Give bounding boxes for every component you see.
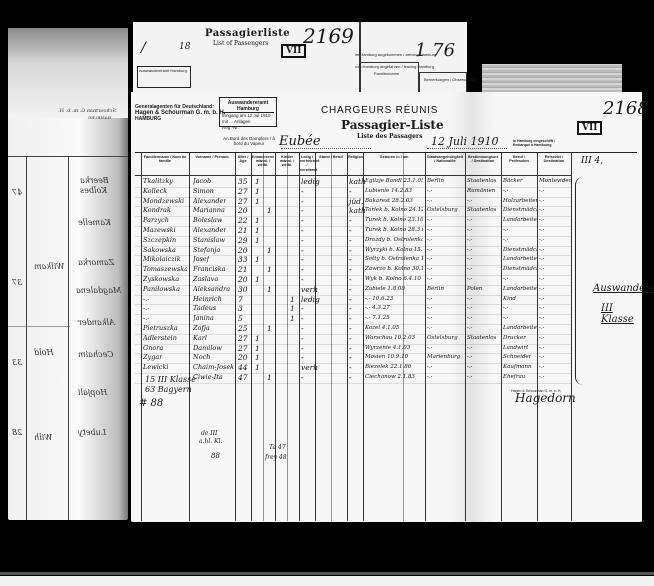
cell-residence: -.-	[427, 197, 432, 206]
cell-surname: Paniłowska	[143, 285, 180, 294]
cell-religion: -	[349, 324, 352, 333]
cell-age: 27	[238, 334, 248, 343]
left-page-hand: Hopjali	[78, 388, 107, 397]
cell-birth: Zabiele 1.8.00	[365, 285, 405, 294]
cell-marital-status: ledig	[301, 177, 320, 186]
cell-birth: Turek b. Kolno 23.10.08	[365, 216, 423, 225]
list-subtitle: Liste des Passagers	[357, 133, 422, 140]
cell-birth: Bukarest 28.2.03	[365, 197, 413, 206]
cell-destination: -.-	[539, 216, 544, 225]
cell-residence: -.-	[427, 226, 432, 235]
cell-religion: -	[349, 265, 352, 274]
cell-profession: Bäcker	[503, 177, 523, 186]
cell-birth: -.- 4.3.27	[365, 304, 390, 313]
cell-given-name: Simon	[193, 187, 214, 196]
cell-adult-male: 1	[255, 236, 260, 245]
previous-stamp: Auswandereramt Hamburg	[137, 66, 191, 88]
cell-nationality: Staatenlos	[467, 177, 496, 186]
left-page-hand: Beerka	[80, 176, 109, 185]
cell-given-name: Heinrich	[193, 295, 222, 304]
cell-residence: -.-	[427, 265, 432, 274]
col-divider	[287, 153, 288, 521]
cell-marital-status: -	[301, 304, 304, 313]
cell-birth: Wyrzenie 4.1.03	[365, 344, 410, 353]
cell-given-name: Damilow	[193, 344, 222, 353]
cell-age: 7	[238, 295, 243, 304]
previous-list-title: Passagierliste	[205, 28, 290, 39]
tally-class: 15 III Klasse	[145, 375, 196, 385]
cell-destination: -.-	[539, 197, 544, 206]
cell-marital-status: ledig	[301, 295, 320, 304]
header-destination: Bestimmungsort / Destination	[467, 155, 499, 163]
cell-age: 22	[238, 216, 248, 225]
cell-given-name: Alexander	[193, 197, 226, 206]
cell-surname: Szczepkin	[143, 236, 176, 245]
cell-nationality: -.-	[467, 226, 472, 235]
passenger-list-sheet: Generalagenten für Deutschland: Hagen & …	[131, 92, 642, 522]
cell-surname: Lewicki	[143, 363, 168, 372]
previous-hand-mark: /	[141, 40, 146, 56]
route-note: In Hamburg eingeschifft / Embarqué à Ham…	[513, 139, 573, 147]
header-rule	[135, 175, 571, 176]
cell-destination: -.-	[539, 187, 544, 196]
cell-adult-male: 1	[255, 275, 260, 284]
cell-profession: -.-	[503, 304, 508, 313]
previous-list-subtitle: List of Passengers	[213, 40, 268, 47]
torn-paper-strip	[482, 64, 622, 92]
cell-given-name: Franciska	[193, 265, 226, 274]
agent-line-3: HAMBURG	[135, 116, 225, 122]
col-divider	[299, 153, 300, 521]
cell-nationality: Staatenlos	[467, 334, 496, 343]
cell-given-name: Aleksandra	[193, 285, 230, 294]
cell-birth: Mosien 10.9.10	[365, 353, 408, 362]
company-name: CHARGEURS RÉUNIS	[321, 105, 438, 116]
cell-adult-female: 1	[267, 373, 272, 382]
stamp-line-3: Reg.-Nr.	[222, 125, 274, 131]
emigration-office-stamp: Auswandereramt Hamburg Eingang am 12 Jul…	[219, 97, 277, 127]
header-marital: Ledig / verheiratet / verwitwet	[300, 155, 314, 172]
cell-profession: Schneider	[503, 353, 531, 362]
col-divider	[465, 153, 466, 521]
cell-adult-male: 1	[255, 187, 260, 196]
left-page-hand: Zamorka	[78, 258, 114, 267]
cell-religion: -	[349, 353, 352, 362]
header-status: Stand / Beruf	[316, 155, 346, 159]
cell-given-name: Noch	[193, 353, 210, 362]
tally-total: # 88	[139, 399, 163, 409]
col-divider	[571, 153, 572, 521]
left-page-col	[26, 156, 27, 520]
cell-destination: -.-	[539, 275, 544, 284]
scan-bottom-strip	[0, 576, 654, 586]
cell-religion: jüd.	[349, 197, 363, 206]
cell-birth: Ciechanow 2.1.83	[365, 373, 415, 382]
cell-marital-status: -	[301, 324, 304, 333]
cell-adult-male: 1	[255, 216, 260, 225]
cell-surname: Tomaszewska	[143, 265, 187, 274]
cell-profession: Ehefrau	[503, 373, 525, 382]
cell-destination: -.-	[539, 373, 544, 382]
cell-child: 1	[290, 314, 295, 323]
cell-age: 3	[238, 304, 243, 313]
col-divider	[235, 153, 236, 521]
tally-note-4: Ta 47	[269, 443, 286, 453]
cell-given-name: Stanislaw	[193, 236, 225, 245]
cell-age: 21	[238, 265, 248, 274]
cell-residence: -.-	[427, 363, 432, 372]
cell-residence: -.-	[427, 275, 432, 284]
cell-age: 20	[238, 275, 248, 284]
cell-nationality: Rumänien	[467, 187, 495, 196]
cell-adult-male: 1	[255, 353, 260, 362]
cell-marital-status: -	[301, 265, 304, 274]
cell-given-name: Ciwie-Ita	[193, 373, 223, 382]
cell-birth: Biezelek 22.1.86	[365, 363, 411, 372]
cell-religion: kath	[349, 206, 366, 215]
col-divider	[331, 153, 332, 521]
cell-birth: Sotty b. Ostrolenka 15.3.97	[365, 255, 423, 264]
cell-birth: Wyrzyki b. Kolno 15.7.10	[365, 246, 423, 255]
stamp-head: Auswandereramt Hamburg	[222, 100, 274, 113]
cell-destination: -.-	[539, 324, 544, 333]
cell-given-name: Alexander	[193, 226, 226, 235]
left-page-hand: Lubety	[78, 428, 106, 437]
cell-adult-female: 1	[267, 265, 272, 274]
col-divider	[189, 153, 190, 521]
cell-birth: Kozel 4.1.05	[365, 324, 399, 333]
cell-nationality: -.-	[467, 314, 472, 323]
cell-child: 1	[290, 295, 295, 304]
cell-religion: -	[349, 334, 352, 343]
cell-residence: Berlin	[427, 285, 444, 294]
cell-nationality: -.-	[467, 295, 472, 304]
cell-adult-male: 1	[255, 177, 260, 186]
left-page-agent: Schourman G. m. b. H.	[58, 108, 116, 114]
cell-residence: -.-	[427, 373, 432, 382]
cell-profession: Kind	[503, 295, 516, 304]
left-page-hand: 33	[12, 358, 22, 367]
cell-surname: -.-	[143, 304, 149, 313]
cell-profession: Landarbeiterin	[503, 285, 537, 294]
cell-surname: Pietruszka	[143, 324, 178, 333]
cell-given-name: Chaim-Josek	[193, 363, 234, 372]
cell-given-name: Janina	[193, 314, 214, 323]
cell-marital-status: -	[301, 373, 304, 382]
cell-age: 25	[238, 324, 248, 333]
previous-stamp-text: Auswandereramt Hamburg	[139, 68, 187, 73]
cell-profession: -.-	[503, 275, 508, 284]
cell-religion: -	[349, 344, 352, 353]
cell-destination: -.-	[539, 236, 544, 245]
header-profession: Beruf / Profession	[503, 155, 535, 163]
col-divider	[315, 153, 316, 521]
cell-marital-status: -	[301, 197, 304, 206]
cell-adult-female: 1	[267, 206, 272, 215]
cell-profession: Drucker	[503, 334, 526, 343]
cell-religion: -	[349, 187, 352, 196]
cell-religion: -	[349, 255, 352, 264]
cell-given-name: Zaslava	[193, 275, 218, 284]
cell-residence: -.-	[427, 236, 432, 245]
previous-hand-note: 18	[179, 42, 190, 52]
cell-residence: -.-	[427, 304, 432, 313]
cell-surname: Mazewski	[143, 226, 176, 235]
cell-age: 30	[238, 285, 248, 294]
left-page-hand: Kolbes	[80, 186, 107, 195]
cell-marital-status: -	[301, 344, 304, 353]
cell-profession: Holzarbeiter	[503, 197, 537, 206]
cell-adult-male: 1	[255, 226, 260, 235]
cell-nationality: -.-	[467, 246, 472, 255]
cell-destination: -.-	[539, 314, 544, 323]
cell-nationality: -.-	[467, 373, 472, 382]
left-page-hand: Magdalena	[76, 286, 121, 295]
col-divider	[275, 153, 276, 521]
col-divider	[425, 153, 426, 521]
header-given-name: Vorname / Prénom	[191, 155, 233, 159]
cell-residence: -.-	[427, 187, 432, 196]
header-adults: Erwachsene männl. / weibl.	[252, 155, 274, 168]
cell-marital-status: verh	[301, 285, 318, 294]
cell-age: 21	[238, 226, 248, 235]
header-born: Geboren in / am	[365, 155, 423, 159]
list-title: Passagier-Liste	[341, 118, 444, 132]
cell-birth: Zawrzo b. Kolno 30.11.09	[365, 265, 423, 274]
cell-residence: -.-	[427, 216, 432, 225]
cell-residence: Ostelsburg	[427, 206, 458, 215]
cell-adult-female: 1	[267, 285, 272, 294]
cell-destination: -.-	[539, 334, 544, 343]
cell-surname: -.-	[143, 314, 149, 323]
cell-given-name: Karl	[193, 334, 207, 343]
cell-destination: -.-	[539, 255, 544, 264]
cell-profession: Dienstmädchen	[503, 206, 537, 215]
cell-birth: Egilzje Bandl 23.1.05	[365, 177, 423, 186]
cell-surname: Parzych	[143, 216, 169, 225]
left-page-hand: Wilh	[34, 433, 52, 442]
date-line	[427, 148, 507, 149]
ship-name: Eubée	[279, 134, 321, 149]
previous-list-number: 2169	[303, 24, 354, 48]
header-final-destination: Reiseziel / Destination	[539, 155, 569, 163]
cell-given-name: Jacob	[193, 177, 211, 186]
cell-destination: -.-	[539, 206, 544, 215]
cell-residence: Marienburg	[427, 353, 460, 362]
cell-birth: Wyk b. Kolno 6.4.10	[365, 275, 421, 284]
cell-marital-status: verh	[301, 363, 318, 372]
cell-marital-status: -	[301, 246, 304, 255]
page-mark: III 4,	[581, 157, 603, 166]
cell-age: 27	[238, 187, 248, 196]
previous-familienname-box: Familienname	[359, 62, 419, 96]
left-page-hand: Wilkam	[34, 262, 64, 271]
cell-age: 20	[238, 246, 248, 255]
cell-residence: -.-	[427, 255, 432, 264]
cell-marital-status: -	[301, 314, 304, 323]
cell-nationality: -.-	[467, 216, 472, 225]
cell-child: 1	[290, 304, 295, 313]
cell-destination: -.-	[539, 363, 544, 372]
col-divider	[141, 153, 142, 521]
header-nationality: Staatsangehörigkeit / Nationalité	[427, 155, 463, 163]
cell-destination: -.-	[539, 265, 544, 274]
left-page-hand: Cechaim	[78, 350, 113, 359]
steamer-label: An Bord des Dampfers / à bord du Vapeur	[219, 136, 279, 146]
cell-religion: -	[349, 246, 352, 255]
col-divider	[263, 153, 264, 521]
cell-marital-status: -	[301, 226, 304, 235]
cell-nationality: -.-	[467, 304, 472, 313]
class-box: VII	[577, 121, 602, 135]
col-divider	[251, 153, 252, 521]
cell-residence: -.-	[427, 344, 432, 353]
cell-profession: Landarbeiterin	[503, 324, 537, 333]
previous-folio-hand: 1 76	[415, 40, 455, 61]
cell-religion: -	[349, 216, 352, 225]
cell-profession: -.-	[503, 187, 508, 196]
header-religion: Religion	[348, 155, 362, 159]
cell-adult-male: 1	[255, 334, 260, 343]
cell-residence: -.-	[427, 324, 432, 333]
cell-residence: Ostelsburg	[427, 334, 458, 343]
cell-birth: Turek b. Kolno 28.3.09	[365, 226, 423, 235]
cell-age: 47	[238, 373, 248, 382]
cell-given-name: Zofja	[193, 324, 210, 333]
cell-age: 29	[238, 236, 248, 245]
margin-note-emigrants: Auswanderer	[593, 283, 654, 294]
cell-destination: -.-	[539, 295, 544, 304]
cell-destination: -.-	[539, 285, 544, 294]
cell-birth: -.- 7.1.25	[365, 314, 390, 323]
cell-religion: -	[349, 295, 352, 304]
cell-residence: Berlin	[427, 177, 444, 186]
cell-adult-male: 1	[255, 363, 260, 372]
cell-adult-male: 1	[255, 344, 260, 353]
cell-marital-status: -	[301, 334, 304, 343]
cell-religion: -	[349, 236, 352, 245]
cell-age: 20	[238, 353, 248, 362]
cell-surname: Zygar	[143, 353, 162, 362]
left-page-header-shade	[8, 28, 128, 118]
left-page-city: HAMBURG	[88, 115, 111, 120]
cell-profession: Kaufmann	[503, 363, 532, 372]
cell-age: 27	[238, 344, 248, 353]
cell-profession: Dienstmädchen	[503, 265, 537, 274]
departure-date: 12 Juli 1910	[431, 135, 499, 148]
previous-familienname-label: Familienname	[374, 71, 399, 76]
group-bracket	[575, 177, 585, 385]
cell-profession: -.-	[503, 226, 508, 235]
cell-given-name: Boleslaw	[193, 216, 222, 225]
cell-surname: Sakowska	[143, 246, 176, 255]
cell-age: 5	[238, 314, 243, 323]
list-number: 2168	[603, 98, 649, 119]
cell-birth: -.- 10.6.23	[365, 295, 393, 304]
previous-divider	[359, 22, 361, 96]
cell-age: 20	[238, 206, 248, 215]
cell-religion: kath	[349, 177, 366, 186]
previous-list-sheet: Passagierliste List of Passengers 2169 V…	[133, 22, 467, 96]
cell-surname: Adlerstein	[143, 334, 177, 343]
col-divider	[347, 153, 348, 521]
cell-profession: Dienstmädchen	[503, 246, 537, 255]
col-divider	[537, 153, 538, 521]
cell-residence: -.-	[427, 295, 432, 304]
general-agent-block: Generalagenten für Deutschland: Hagen & …	[135, 104, 225, 122]
cell-age: 33	[238, 255, 248, 264]
cell-religion: -	[349, 226, 352, 235]
cell-age: 27	[238, 197, 248, 206]
cell-nationality: -.-	[467, 236, 472, 245]
cell-surname: Zyskowska	[143, 275, 179, 284]
tally-note-2: a.hl. Kl.	[199, 437, 222, 447]
cell-surname: Gnora	[143, 344, 163, 353]
cell-surname: Mondzewski	[143, 197, 184, 206]
cell-residence: -.-	[427, 314, 432, 323]
header-children: Kinder männl. / weibl.	[276, 155, 298, 168]
cell-profession: Landwirt	[503, 344, 528, 353]
cell-profession: -.-	[503, 314, 508, 323]
header-surname: Familienname / Nom de famille	[143, 155, 187, 163]
row-rule	[135, 383, 571, 384]
previous-bemerkungen-label: Bemerkungen / Observations	[424, 77, 476, 82]
left-page-hand: Alkander	[78, 318, 115, 327]
cell-destination: -.-	[539, 344, 544, 353]
cell-profession: Landarbeiter	[503, 255, 537, 264]
scan-edge-line	[0, 572, 654, 575]
cell-birth: Warschau 10.2.03	[365, 334, 415, 343]
cell-surname: Kolleck	[143, 187, 167, 196]
cell-residence: -.-	[427, 246, 432, 255]
cell-destination: -.-	[539, 353, 544, 362]
cell-nationality: -.-	[467, 363, 472, 372]
left-page-rule	[8, 326, 70, 327]
previous-class-box: VII	[281, 44, 306, 58]
left-page-col	[68, 156, 69, 520]
cell-destination: -.-	[539, 304, 544, 313]
cell-profession: Landarbeiter	[503, 216, 537, 225]
cell-nationality: -.-	[467, 255, 472, 264]
ship-name-line	[281, 148, 371, 149]
col-divider	[501, 153, 502, 521]
cell-nationality: -.-	[467, 275, 472, 284]
cell-birth: Drozdy b. Ostrolenka 10.11.01	[365, 236, 423, 245]
cell-given-name: Josef	[193, 255, 209, 264]
left-page-hand: 37	[12, 278, 22, 287]
cell-age: 44	[238, 363, 248, 372]
cell-religion: -	[349, 363, 352, 372]
cell-surname: Tkalitzky	[143, 177, 173, 186]
signature: Hagedorn	[515, 391, 576, 405]
cell-surname: Kondrak	[143, 206, 171, 215]
cell-nationality: -.-	[467, 265, 472, 274]
left-page-hand: 28	[12, 428, 22, 437]
cell-religion: -	[349, 314, 352, 323]
cell-nationality: -.-	[467, 353, 472, 362]
left-page-hand: Hold	[34, 348, 53, 357]
cell-given-name: Marianna	[193, 206, 225, 215]
cell-age: 35	[238, 177, 248, 186]
cell-adult-female: 1	[267, 324, 272, 333]
cell-nationality: Polen	[467, 285, 482, 294]
cell-nationality: Staatenlos	[467, 206, 496, 215]
cell-surname: -.-	[143, 295, 149, 304]
cell-destination: -.-	[539, 246, 544, 255]
cell-given-name: Tadeus	[193, 304, 216, 313]
cell-given-name: Stefanja	[193, 246, 220, 255]
cell-marital-status: -	[301, 216, 304, 225]
